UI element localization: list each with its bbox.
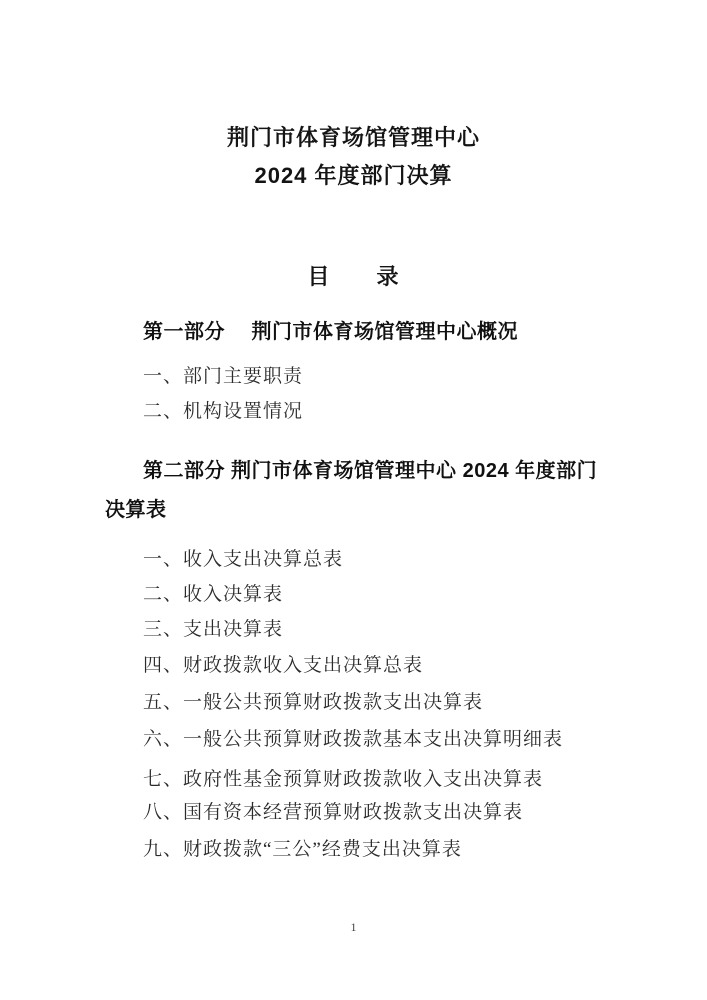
toc-part2-heading: 第二部分 荆门市体育场馆管理中心 2024 年度部门决算表 bbox=[105, 452, 605, 530]
toc-title: 目 录 bbox=[0, 264, 707, 289]
toc-item-part2-9: 九、财政拨款“三公”经费支出决算表 bbox=[143, 839, 462, 861]
toc-item-part2-5: 五、一般公共预算财政拨款支出决算表 bbox=[143, 692, 483, 714]
toc-item-part1-2: 二、机构设置情况 bbox=[143, 401, 303, 423]
document-title-line1: 荆门市体育场馆管理中心 bbox=[0, 125, 707, 150]
document-title-line2: 2024 年度部门决算 bbox=[0, 163, 707, 188]
toc-item-part2-1: 一、收入支出决算总表 bbox=[143, 549, 343, 571]
toc-item-part1-1: 一、部门主要职责 bbox=[143, 366, 303, 388]
toc-item-part2-3: 三、支出决算表 bbox=[143, 619, 283, 641]
document-page: 荆门市体育场馆管理中心 2024 年度部门决算 目 录 第一部分 荆门市体育场馆… bbox=[0, 0, 707, 1000]
toc-item-part2-7: 七、政府性基金预算财政拨款收入支出决算表 bbox=[143, 769, 543, 791]
toc-item-part2-6: 六、一般公共预算财政拨款基本支出决算明细表 bbox=[143, 729, 563, 751]
toc-item-part2-2: 二、收入决算表 bbox=[143, 584, 283, 606]
toc-item-part2-4: 四、财政拨款收入支出决算总表 bbox=[143, 655, 423, 677]
toc-part1-heading: 第一部分 荆门市体育场馆管理中心概况 bbox=[143, 321, 518, 344]
page-number: 1 bbox=[0, 920, 707, 935]
toc-item-part2-8: 八、国有资本经营预算财政拨款支出决算表 bbox=[143, 802, 523, 824]
